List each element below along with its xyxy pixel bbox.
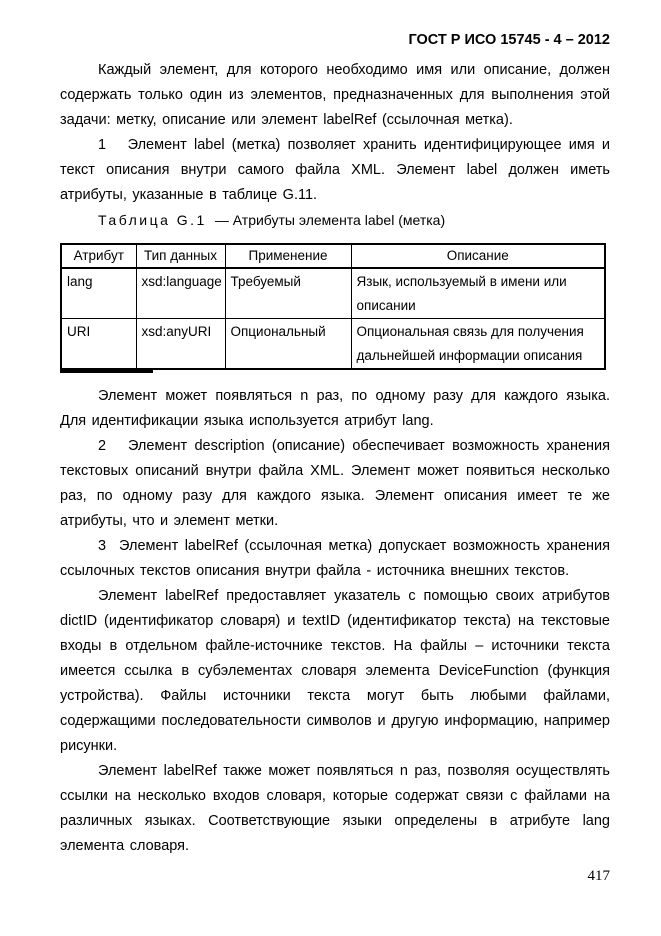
column-header-description: Описание — [351, 244, 605, 268]
paragraph-labelref-repeat: Элемент labelRef также может появляться … — [60, 759, 610, 859]
table-caption-title: — Атрибуты элемента label (метка) — [215, 212, 445, 228]
document-page: ГОСТ Р ИСО 15745 - 4 – 2012 Каждый элеме… — [0, 0, 661, 936]
paragraph-lang-note: Элемент может появляться n раз, по одном… — [60, 384, 610, 434]
column-header-datatype: Тип данных — [136, 244, 225, 268]
table-header-row: Атрибут Тип данных Применение Описание — [61, 244, 605, 268]
cell-datatype-uri: xsd:anyURI — [136, 319, 225, 370]
column-header-usage: Применение — [225, 244, 351, 268]
attributes-table: Атрибут Тип данных Применение Описание l… — [60, 243, 606, 370]
paragraph-intro: Каждый элемент, для которого необходимо … — [60, 58, 610, 133]
cell-attribute-uri: URI — [61, 319, 136, 370]
cell-attribute-lang: lang — [61, 268, 136, 319]
page-number: 417 — [588, 866, 611, 886]
column-header-attribute: Атрибут — [61, 244, 136, 268]
cell-datatype-lang: xsd:language — [136, 268, 225, 319]
table-caption: Таблица G.1— Атрибуты элемента label (ме… — [60, 208, 610, 233]
cell-usage-uri: Опциональный — [225, 319, 351, 370]
table-row-uri: URI xsd:anyURI Опциональный Опциональная… — [61, 319, 605, 370]
paragraph-item-3: 3 Элемент labelRef (ссылочная метка) доп… — [60, 534, 610, 584]
attributes-table-container: Атрибут Тип данных Применение Описание l… — [60, 243, 604, 370]
cell-usage-lang: Требуемый — [225, 268, 351, 319]
paragraph-item-1: 1 Элемент label (метка) позволяет хранит… — [60, 133, 610, 208]
cell-description-uri: Опциональная связь для получения дальней… — [351, 319, 605, 370]
cell-description-lang: Язык, используемый в имени или описании — [351, 268, 605, 319]
table-bottom-thick-edge — [60, 368, 153, 373]
document-header: ГОСТ Р ИСО 15745 - 4 – 2012 — [60, 32, 610, 49]
table-row-lang: lang xsd:language Требуемый Язык, исполь… — [61, 268, 605, 319]
paragraph-item-2: 2 Элемент description (описание) обеспеч… — [60, 434, 610, 534]
paragraph-labelref-pointer: Элемент labelRef предоставляет указатель… — [60, 584, 610, 759]
table-caption-number: Таблица G.1 — [98, 212, 207, 228]
